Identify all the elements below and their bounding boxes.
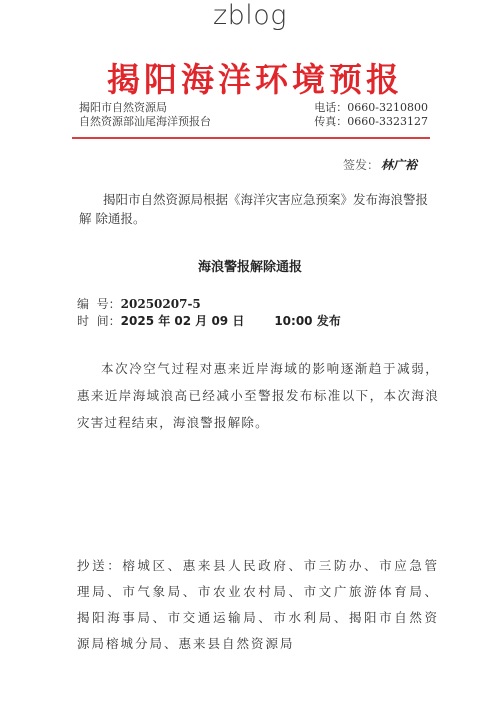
body-paragraph: 本次冷空气过程对惠来近岸海域的影响逐渐趋于减弱，惠来近岸海域浪高已经减小至警报发… bbox=[77, 355, 439, 436]
time-label: 时 间： bbox=[77, 314, 121, 328]
org-line-1: 揭阳市自然资源局 bbox=[79, 101, 211, 115]
number-row: 编 号：20250207-5 bbox=[77, 296, 341, 313]
phone-number: 0660-3210800 bbox=[347, 101, 428, 114]
site-title[interactable]: zblog bbox=[0, 0, 500, 32]
time-row: 时 间：2025 年 02 月 09 日10:00 发布 bbox=[77, 313, 341, 330]
phone-label: 电话： bbox=[314, 101, 347, 114]
signer: 签发：林广裕 bbox=[343, 156, 417, 173]
contact-info: 电话：0660-3210800 传真：0660-3323127 bbox=[314, 101, 428, 129]
document-meta: 编 号：20250207-5 时 间：2025 年 02 月 09 日10:00… bbox=[77, 296, 341, 330]
signer-signature: 林广裕 bbox=[381, 158, 417, 172]
intro-paragraph: 揭阳市自然资源局根据《海洋灾害应急预案》发布海浪警报解 除通报。 bbox=[79, 190, 439, 228]
fax-number: 0660-3323127 bbox=[347, 115, 428, 128]
issue-time: 10:00 发布 bbox=[274, 314, 340, 328]
cc-label: 抄送： bbox=[77, 558, 122, 573]
document-title: 海浪警报解除通报 bbox=[0, 256, 500, 275]
org-line-2: 自然资源部汕尾海洋预报台 bbox=[79, 115, 211, 129]
masthead-title: 揭阳海洋环境预报 bbox=[90, 60, 420, 100]
phone-row: 电话：0660-3210800 bbox=[314, 101, 428, 115]
issue-date: 2025 年 02 月 09 日 bbox=[121, 314, 245, 328]
number-label: 编 号： bbox=[77, 297, 121, 311]
signer-label: 签发： bbox=[343, 158, 379, 172]
issuing-organizations: 揭阳市自然资源局 自然资源部汕尾海洋预报台 bbox=[79, 101, 211, 129]
fax-label: 传真： bbox=[314, 115, 347, 128]
cc-list: 抄送：榕城区、惠来县人民政府、市三防办、市应急管理局、市气象局、市农业农村局、市… bbox=[77, 553, 439, 657]
cc-recipients: 榕城区、惠来县人民政府、市三防办、市应急管理局、市气象局、市农业农村局、市文广旅… bbox=[77, 558, 439, 651]
header-divider bbox=[72, 137, 430, 139]
fax-row: 传真：0660-3323127 bbox=[314, 115, 428, 129]
document-number: 20250207-5 bbox=[121, 297, 201, 311]
